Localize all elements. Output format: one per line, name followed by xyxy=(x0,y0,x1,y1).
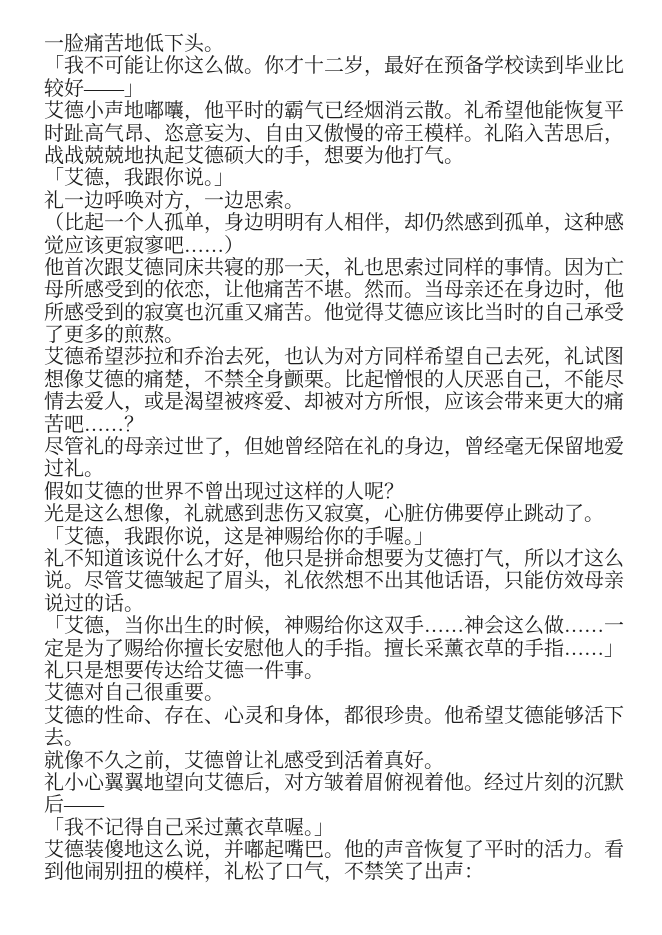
text-line: 礼不知道该说什么才好，他只是拼命想要为艾德打气，所以才这么 xyxy=(44,548,624,570)
text-line: 想像艾德的痛楚，不禁全身颤栗。比起憎恨的人厌恶自己，不能尽 xyxy=(44,369,624,391)
text-line: 光是这么想像，礼就感到悲伤又寂寞，心脏仿佛要停止跳动了。 xyxy=(44,503,624,525)
text-line: 「艾德，我跟你说，这是神赐给你的手喔。」 xyxy=(44,526,624,548)
text-line: 艾德希望莎拉和乔治去死，也认为对方同样希望自己去死，礼试图 xyxy=(44,346,624,368)
text-line: 「艾德，我跟你说。」 xyxy=(44,167,624,189)
text-line: 觉应该更寂寥吧……） xyxy=(44,235,624,257)
text-line: 后—— xyxy=(44,794,624,816)
text-line: 礼一边呼唤对方，一边思索。 xyxy=(44,190,624,212)
text-line: 艾德的性命、存在、心灵和身体，都很珍贵。他希望艾德能够活下 xyxy=(44,705,624,727)
text-line: 所感受到的寂寞也沉重又痛苦。他觉得艾德应该比当时的自己承受 xyxy=(44,302,624,324)
text-line: 母所感受到的依恋，让他痛苦不堪。然而。当母亲还在身边时，他 xyxy=(44,279,624,301)
text-line: （比起一个人孤单，身边明明有人相伴，却仍然感到孤单，这种感 xyxy=(44,212,624,234)
text-line: 礼只是想要传达给艾德一件事。 xyxy=(44,660,624,682)
text-line: 艾德小声地嘟囔，他平时的霸气已经烟消云散。礼希望他能恢复平 xyxy=(44,100,624,122)
text-line: 假如艾德的世界不曾出现过这样的人呢？ xyxy=(44,481,624,503)
text-line: 礼小心翼翼地望向艾德后，对方皱着眉俯视着他。经过片刻的沉默 xyxy=(44,772,624,794)
text-line: 一脸痛苦地低下头。 xyxy=(44,33,624,55)
text-line: 过礼。 xyxy=(44,458,624,480)
text-line: 说。尽管艾德皱起了眉头，礼依然想不出其他话语，只能仿效母亲 xyxy=(44,570,624,592)
novel-page: 一脸痛苦地低下头。「我不可能让你这么做。你才十二岁，最好在预备学校读到毕业比较好… xyxy=(0,0,662,935)
text-line: 了更多的煎熬。 xyxy=(44,324,624,346)
text-line: 战战兢兢地执起艾德硕大的手，想要为他打气。 xyxy=(44,145,624,167)
text-line: 尽管礼的母亲过世了，但她曾经陪在礼的身边，曾经毫无保留地爱 xyxy=(44,436,624,458)
text-line: 艾德装傻地这么说，并嘟起嘴巴。他的声音恢复了平时的活力。看 xyxy=(44,839,624,861)
novel-text-block: 一脸痛苦地低下头。「我不可能让你这么做。你才十二岁，最好在预备学校读到毕业比较好… xyxy=(44,33,624,884)
text-line: 较好——」 xyxy=(44,78,624,100)
text-line: 他首次跟艾德同床共寝的那一天，礼也思索过同样的事情。因为亡 xyxy=(44,257,624,279)
text-line: 艾德对自己很重要。 xyxy=(44,682,624,704)
text-line: 就像不久之前，艾德曾让礼感受到活着真好。 xyxy=(44,750,624,772)
text-line: 「我不记得自己采过薰衣草喔。」 xyxy=(44,817,624,839)
text-line: 说过的话。 xyxy=(44,593,624,615)
text-line: 「我不可能让你这么做。你才十二岁，最好在预备学校读到毕业比 xyxy=(44,55,624,77)
text-line: 时趾高气昂、恣意妄为、自由又傲慢的帝王模样。礼陷入苦思后， xyxy=(44,123,624,145)
text-line: 定是为了赐给你擅长安慰他人的手指。擅长采薰衣草的手指……」 xyxy=(44,638,624,660)
text-line: 到他闹别扭的模样，礼松了口气，不禁笑了出声： xyxy=(44,861,624,883)
text-line: 情去爱人，或是渴望被疼爱、却被对方所恨，应该会带来更大的痛 xyxy=(44,391,624,413)
text-line: 去。 xyxy=(44,727,624,749)
text-line: 苦吧……？ xyxy=(44,414,624,436)
text-line: 「艾德，当你出生的时候，神赐给你这双手……神会这么做……一 xyxy=(44,615,624,637)
